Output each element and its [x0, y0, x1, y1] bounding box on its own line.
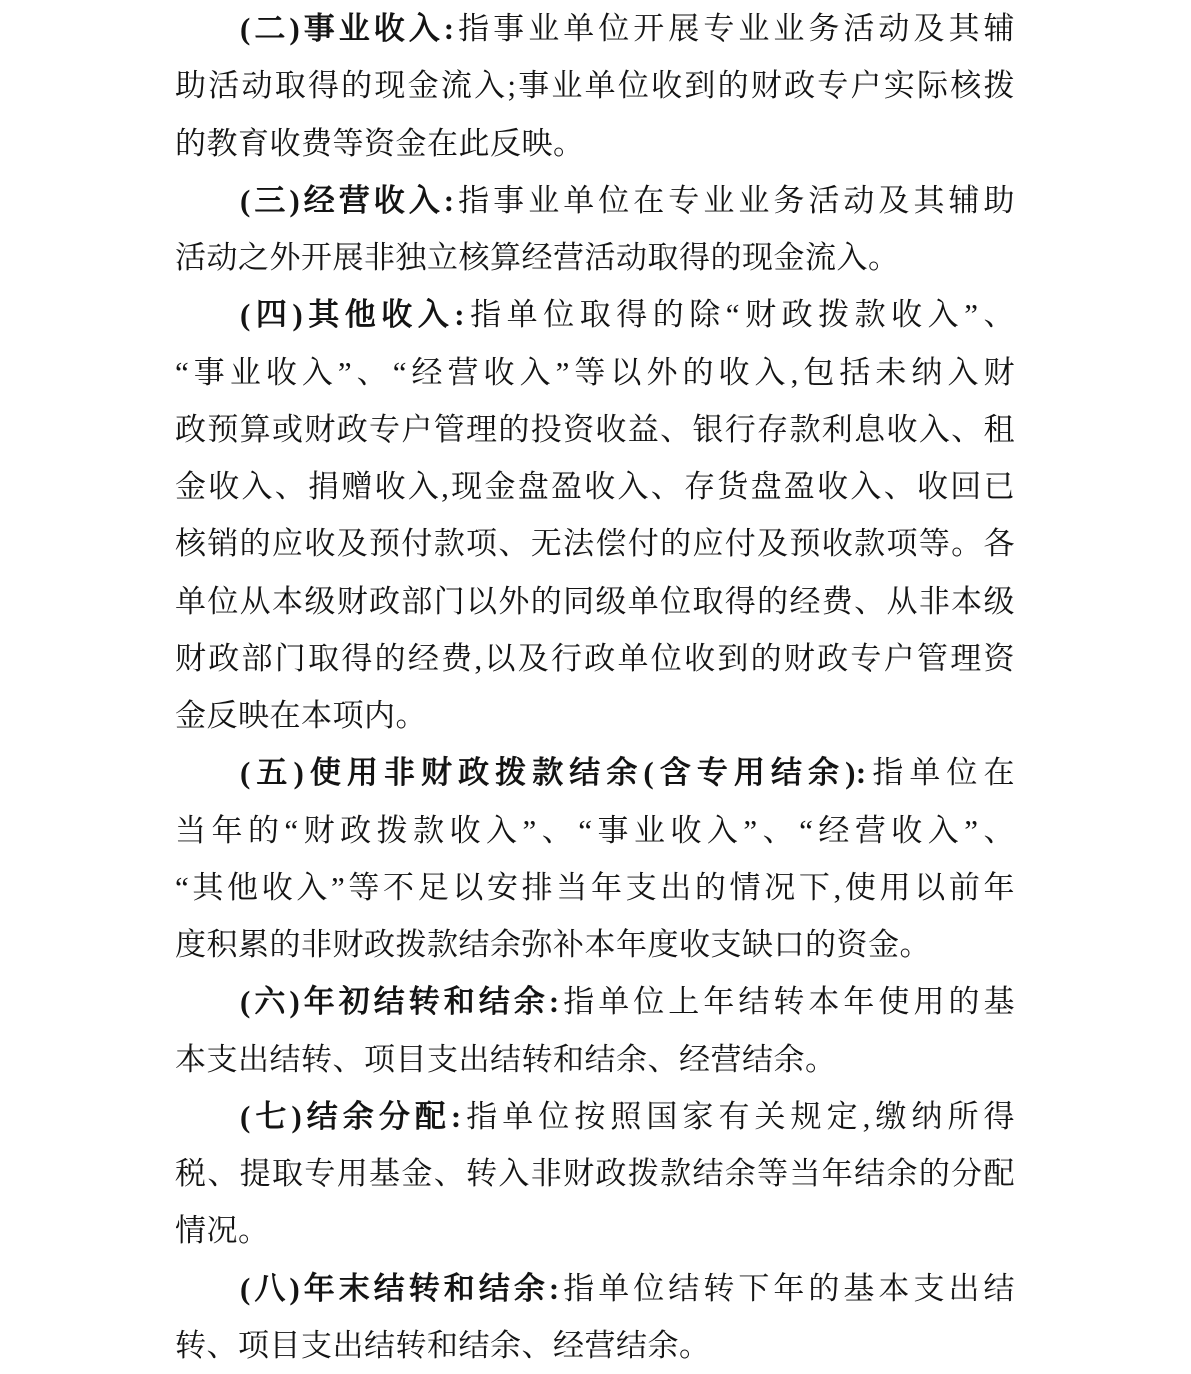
paragraph-line: “其他收入”等不足以安排当年支出的情况下,使用以前年 — [175, 859, 1015, 916]
term-label: (七)结余分配: — [240, 1099, 462, 1134]
paragraph-line: 情况。 — [175, 1202, 1015, 1259]
body-text: 金反映在本项内。 — [175, 698, 427, 733]
body-text: “事业收入”、“经营收入”等以外的收入,包括未纳入财 — [175, 355, 1015, 390]
body-text: 指单位取得的除“财政拨款收入”、 — [465, 297, 1015, 332]
paragraph-line: “事业收入”、“经营收入”等以外的收入,包括未纳入财 — [175, 344, 1015, 401]
document-body: (二)事业收入:指事业单位开展专业业务活动及其辅助活动取得的现金流入;事业单位收… — [175, 0, 1015, 1374]
paragraph-line: 助活动取得的现金流入;事业单位收到的财政专户实际核拨 — [175, 57, 1015, 114]
body-text: 本支出结转、项目支出结转和结余、经营结余。 — [175, 1042, 837, 1077]
body-text: 当年的“财政拨款收入”、“事业收入”、“经营收入”、 — [175, 813, 1015, 848]
paragraph-line: 转、项目支出结转和结余、经营结余。 — [175, 1317, 1015, 1374]
paragraph-line: 当年的“财政拨款收入”、“事业收入”、“经营收入”、 — [175, 802, 1015, 859]
paragraph-line: 本支出结转、项目支出结转和结余、经营结余。 — [175, 1031, 1015, 1088]
paragraph: (七)结余分配:指单位按照国家有关规定,缴纳所得税、提取专用基金、转入非财政拨款… — [175, 1088, 1015, 1260]
body-text: 活动之外开展非独立核算经营活动取得的现金流入。 — [175, 240, 900, 275]
paragraph-line-heading: (二)事业收入:指事业单位开展专业业务活动及其辅 — [175, 0, 1015, 57]
body-text: 单位从本级财政部门以外的同级单位取得的经费、从非本级 — [175, 584, 1015, 619]
paragraph-line: 的教育收费等资金在此反映。 — [175, 115, 1015, 172]
body-text: 情况。 — [175, 1213, 270, 1248]
body-text: 指事业单位在专业业务活动及其辅助 — [455, 183, 1015, 218]
paragraph-line: 核销的应收及预付款项、无法偿付的应付及预收款项等。各 — [175, 515, 1015, 572]
body-text: 指事业单位开展专业业务活动及其辅 — [455, 11, 1015, 46]
paragraph-line: 税、提取专用基金、转入非财政拨款结余等当年结余的分配 — [175, 1145, 1015, 1202]
body-text: 助活动取得的现金流入;事业单位收到的财政专户实际核拨 — [175, 68, 1015, 103]
paragraph: (三)经营收入:指事业单位在专业业务活动及其辅助活动之外开展非独立核算经营活动取… — [175, 172, 1015, 287]
term-label: (三)经营收入: — [240, 183, 455, 218]
paragraph-line: 金收入、捐赠收入,现金盘盈收入、存货盘盈收入、收回已 — [175, 458, 1015, 515]
term-label: (八)年末结转和结余: — [240, 1271, 560, 1306]
paragraph: (六)年初结转和结余:指单位上年结转本年使用的基本支出结转、项目支出结转和结余、… — [175, 973, 1015, 1088]
paragraph: (八)年末结转和结余:指单位结转下年的基本支出结转、项目支出结转和结余、经营结余… — [175, 1260, 1015, 1374]
paragraph-line-heading: (六)年初结转和结余:指单位上年结转本年使用的基 — [175, 973, 1015, 1030]
body-text: “其他收入”等不足以安排当年支出的情况下,使用以前年 — [175, 870, 1015, 905]
body-text: 财政部门取得的经费,以及行政单位收到的财政专户管理资 — [175, 641, 1015, 676]
term-label: (二)事业收入: — [240, 11, 455, 46]
paragraph: (二)事业收入:指事业单位开展专业业务活动及其辅助活动取得的现金流入;事业单位收… — [175, 0, 1015, 172]
body-text: 指单位按照国家有关规定,缴纳所得 — [462, 1099, 1015, 1134]
paragraph-line: 政预算或财政专户管理的投资收益、银行存款利息收入、租 — [175, 401, 1015, 458]
paragraph-line-heading: (四)其他收入:指单位取得的除“财政拨款收入”、 — [175, 286, 1015, 343]
paragraph-line: 活动之外开展非独立核算经营活动取得的现金流入。 — [175, 229, 1015, 286]
body-text: 度积累的非财政拨款结余弥补本年度收支缺口的资金。 — [175, 927, 931, 962]
term-label: (五)使用非财政拨款结余(含专用结余): — [240, 755, 867, 790]
body-text: 税、提取专用基金、转入非财政拨款结余等当年结余的分配 — [175, 1156, 1015, 1191]
paragraph-line: 单位从本级财政部门以外的同级单位取得的经费、从非本级 — [175, 573, 1015, 630]
body-text: 指单位结转下年的基本支出结 — [560, 1271, 1015, 1306]
paragraph: (四)其他收入:指单位取得的除“财政拨款收入”、“事业收入”、“经营收入”等以外… — [175, 286, 1015, 744]
paragraph-line: 度积累的非财政拨款结余弥补本年度收支缺口的资金。 — [175, 916, 1015, 973]
body-text: 金收入、捐赠收入,现金盘盈收入、存货盘盈收入、收回已 — [175, 469, 1015, 504]
paragraph: (五)使用非财政拨款结余(含专用结余):指单位在当年的“财政拨款收入”、“事业收… — [175, 744, 1015, 973]
paragraph-line: 财政部门取得的经费,以及行政单位收到的财政专户管理资 — [175, 630, 1015, 687]
paragraph-line: 金反映在本项内。 — [175, 687, 1015, 744]
term-label: (四)其他收入: — [240, 297, 465, 332]
paragraph-line-heading: (三)经营收入:指事业单位在专业业务活动及其辅助 — [175, 172, 1015, 229]
body-text: 指单位在 — [867, 755, 1015, 790]
paragraph-line-heading: (七)结余分配:指单位按照国家有关规定,缴纳所得 — [175, 1088, 1015, 1145]
body-text: 指单位上年结转本年使用的基 — [560, 984, 1015, 1019]
body-text: 的教育收费等资金在此反映。 — [175, 126, 585, 161]
body-text: 核销的应收及预付款项、无法偿付的应付及预收款项等。各 — [175, 526, 1015, 561]
body-text: 转、项目支出结转和结余、经营结余。 — [175, 1328, 711, 1363]
body-text: 政预算或财政专户管理的投资收益、银行存款利息收入、租 — [175, 412, 1015, 447]
paragraph-line-heading: (五)使用非财政拨款结余(含专用结余):指单位在 — [175, 744, 1015, 801]
paragraph-line-heading: (八)年末结转和结余:指单位结转下年的基本支出结 — [175, 1260, 1015, 1317]
term-label: (六)年初结转和结余: — [240, 984, 560, 1019]
